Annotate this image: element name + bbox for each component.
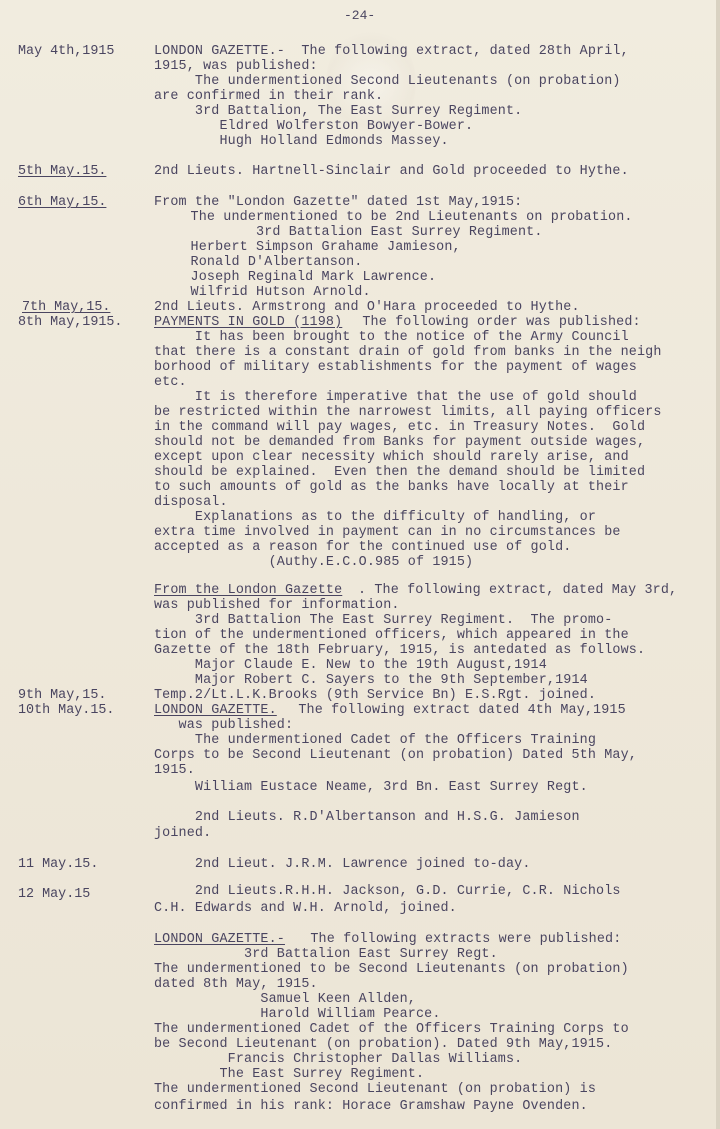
entry-line: tion of the undermentioned officers, whi…: [154, 628, 629, 643]
entry-line: extra time involved in payment can in no…: [154, 525, 621, 540]
entry-line: . The following extract, dated May 3rd,: [358, 583, 677, 598]
entry-line: From the "London Gazette" dated 1st May,…: [154, 195, 522, 210]
entry-line: etc.: [154, 375, 187, 390]
entry-line: Francis Christopher Dallas Williams.: [154, 1052, 522, 1067]
entry-line: Corps to be Second Lieutenant (on probat…: [154, 748, 637, 763]
entry-date: 9th May,15.: [18, 688, 106, 703]
entry-line: 3rd Battalion East Surrey Regt.: [154, 947, 498, 962]
entry-date: 7th May,15.: [22, 300, 110, 315]
entry-line: that there is a constant drain of gold f…: [154, 345, 662, 360]
entry-line: Gazette of the 18th February, 1915, is a…: [154, 643, 645, 658]
entry-line: are confirmed in their rank.: [154, 89, 383, 104]
page-number: -24-: [344, 8, 375, 23]
entry-date: 10th May.15.: [18, 703, 114, 718]
entry-line: The undermentioned to be 2nd Lieutenants…: [166, 210, 633, 225]
entry-line: Major Robert C. Sayers to the 9th Septem…: [154, 673, 588, 688]
entry-line: Herbert Simpson Grahame Jamieson,: [166, 240, 461, 255]
entry-line: confirmed in his rank: Horace Gramshaw P…: [154, 1099, 588, 1114]
entry-line: Samuel Keen Allden,: [154, 992, 416, 1007]
entry-date: 6th May,15.: [18, 195, 106, 210]
entry-line: Temp.2/Lt.L.K.Brooks (9th Service Bn) E.…: [154, 688, 596, 703]
entry-line: Explanations as to the difficulty of han…: [154, 510, 596, 525]
entry-line: Wilfrid Hutson Arnold.: [166, 285, 371, 300]
entry-line: Major Claude E. New to the 19th August,1…: [154, 658, 547, 673]
section-heading: LONDON GAZETTE.-: [154, 932, 285, 947]
entry-line: to such amounts of gold as the banks hav…: [154, 480, 629, 495]
entry-line: The undermentioned Cadet of the Officers…: [154, 733, 596, 748]
entry-line: 1915.: [154, 763, 195, 778]
entry-line: dated 8th May, 1915.: [154, 977, 318, 992]
entry-date: 8th May,1915.: [18, 315, 122, 330]
entry-line: Harold William Pearce.: [154, 1007, 441, 1022]
entry-line: 3rd Battalion The East Surrey Regiment. …: [154, 613, 612, 628]
entry-line: Ronald D'Albertanson.: [166, 255, 362, 270]
entry-line: C.H. Edwards and W.H. Arnold, joined.: [154, 901, 457, 916]
entry-line: (Authy.E.C.O.985 of 1915): [154, 555, 473, 570]
entry-line: in the command will pay wages, etc. in T…: [154, 420, 645, 435]
section-heading: From the London Gazette: [154, 583, 342, 598]
entry-line: 2nd Lieuts. R.D'Albertanson and H.S.G. J…: [154, 810, 580, 825]
entry-line: be Second Lieutenant (on probation). Dat…: [154, 1037, 612, 1052]
entry-line: William Eustace Neame, 3rd Bn. East Surr…: [154, 780, 588, 795]
entry-line: The following extract dated 4th May,1915: [282, 703, 626, 718]
entry-line: was published:: [154, 718, 293, 733]
entry-line: accepted as a reason for the continued u…: [154, 540, 571, 555]
entry-line: It is therefore imperative that the use …: [154, 390, 637, 405]
entry-line: Joseph Reginald Mark Lawrence.: [166, 270, 436, 285]
entry-line: 2nd Lieuts.R.H.H. Jackson, G.D. Currie, …: [154, 884, 621, 899]
entry-date: 5th May.15.: [18, 164, 106, 179]
entry-line: The following order was published:: [346, 315, 641, 330]
entry-line: The undermentioned Second Lieutenant (on…: [154, 1082, 596, 1097]
entry-line: The undermentioned to be Second Lieutena…: [154, 962, 629, 977]
entry-line: 3rd Battalion East Surrey Regiment.: [166, 225, 543, 240]
entry-line: borhood of military establishments for t…: [154, 360, 637, 375]
entry-line: 2nd Lieuts. Hartnell-Sinclair and Gold p…: [154, 164, 629, 179]
entry-line: joined.: [154, 826, 211, 841]
entry-line: The East Surrey Regiment.: [154, 1067, 424, 1082]
entry-date: May 4th,1915: [18, 44, 114, 59]
entry-date: 11 May.15.: [18, 857, 98, 872]
entry-line: disposal.: [154, 495, 228, 510]
page-edge: [716, 0, 720, 1129]
entry-line: Hugh Holland Edmonds Massey.: [154, 134, 449, 149]
entry-line: The undermentioned Second Lieutenants (o…: [154, 74, 621, 89]
entry-line: 3rd Battalion, The East Surrey Regiment.: [154, 104, 522, 119]
entry-line: The undermentioned Cadet of the Officers…: [154, 1022, 629, 1037]
entry-line: 1915, was published:: [154, 59, 318, 74]
section-heading: LONDON GAZETTE.: [154, 703, 277, 718]
entry-line: It has been brought to the notice of the…: [154, 330, 629, 345]
entry-line: The following extracts were published:: [294, 932, 621, 947]
entry-date: 12 May.15: [18, 887, 90, 902]
section-heading: PAYMENTS IN GOLD (1198): [154, 315, 342, 330]
document-page: -24- May 4th,1915 LONDON GAZETTE.- The f…: [0, 0, 720, 1129]
entry-line: 2nd Lieuts. Armstrong and O'Hara proceed…: [154, 300, 580, 315]
entry-line: should not be demanded from Banks for pa…: [154, 435, 645, 450]
entry-line: be restricted within the narrowest limit…: [154, 405, 662, 420]
entry-line: 2nd Lieut. J.R.M. Lawrence joined to-day…: [154, 857, 531, 872]
entry-line: except upon clear necessity which should…: [154, 450, 629, 465]
entry-line: should be explained. Even then the deman…: [154, 465, 645, 480]
entry-line: LONDON GAZETTE.- The following extract, …: [154, 44, 629, 59]
entry-line: was published for information.: [154, 598, 400, 613]
entry-line: Eldred Wolferston Bowyer-Bower.: [154, 119, 473, 134]
